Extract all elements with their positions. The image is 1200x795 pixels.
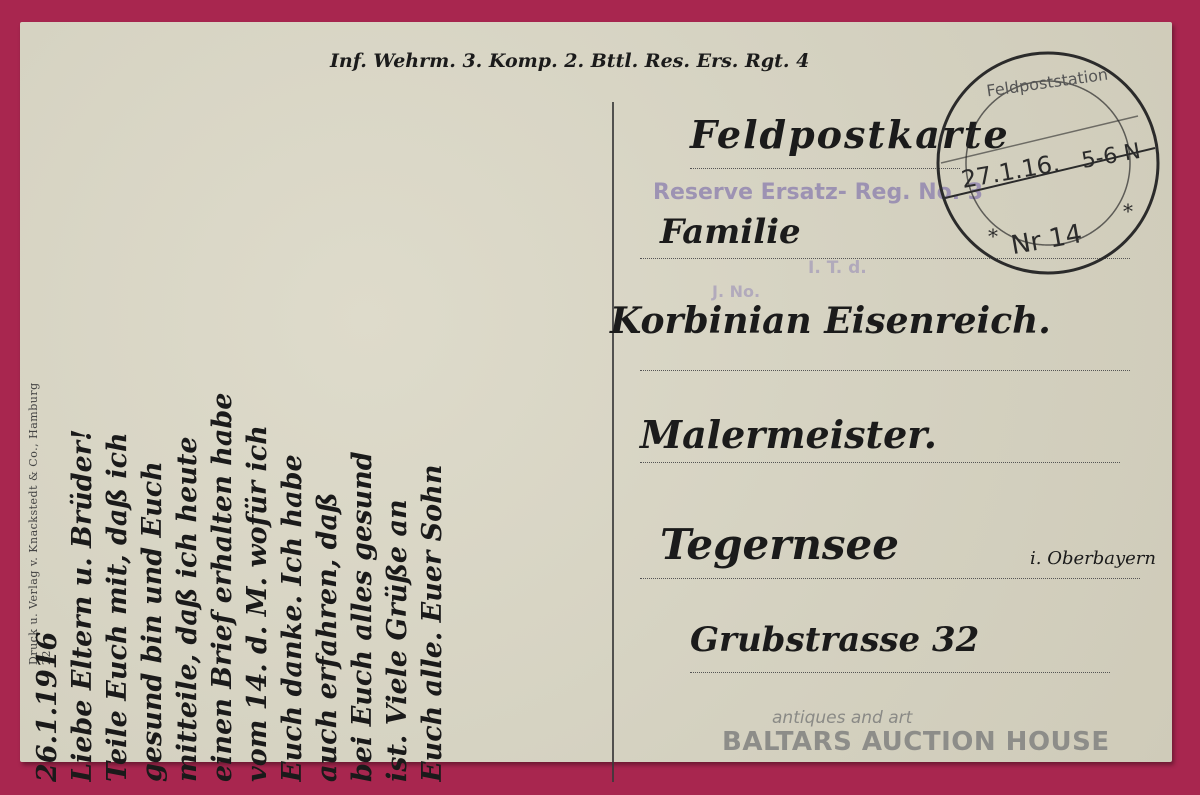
svg-text:27.1.16.: 27.1.16. <box>959 149 1062 194</box>
address-rule <box>640 578 1140 579</box>
underline <box>690 168 960 169</box>
message-line: ist. Viele Grüße an <box>380 42 415 782</box>
message-line: Teile Euch mit, daß ich <box>100 42 135 782</box>
watermark-tagline: antiques and art <box>772 708 912 728</box>
address-line-2: Korbinian Eisenreich. <box>610 300 1051 342</box>
address-rule <box>690 672 1110 673</box>
address-line-3: Malermeister. <box>640 412 937 457</box>
message-line: Liebe Eltern u. Brüder! <box>65 42 100 782</box>
message-date: 26.1.1916 <box>30 42 65 782</box>
message-line: mitteile, daß ich heute <box>170 42 205 782</box>
message-line: gesund bin und Euch <box>135 42 170 782</box>
message-line: vom 14. d. M. wofür ich <box>240 42 275 782</box>
svg-text:*: * <box>988 224 998 248</box>
handwritten-message: 26.1.1916 Liebe Eltern u. Brüder! Teile … <box>30 42 550 782</box>
message-line: einen Brief erhalten habe <box>205 42 240 782</box>
message-line: Euch alle. Euer Sohn <box>415 42 450 782</box>
address-rule <box>640 462 1120 463</box>
center-divider <box>612 102 614 782</box>
message-line: Euch danke. Ich habe <box>275 42 310 782</box>
message-line: bei Euch alles gesund <box>345 42 380 782</box>
address-line-4: Tegernsee <box>660 520 899 569</box>
address-line-4-suffix: i. Oberbayern <box>1030 548 1156 569</box>
address-rule <box>640 370 1130 371</box>
postmark-stamp: Feldpoststation 27.1.16. 5-6 N Nr 14 * * <box>933 48 1163 278</box>
address-line-5: Grubstrasse 32 <box>690 620 979 660</box>
svg-text:Feldpoststation: Feldpoststation <box>985 65 1109 101</box>
watermark-brand: BALTARS AUCTION HOUSE <box>722 727 1110 757</box>
svg-text:5-6 N: 5-6 N <box>1080 139 1143 174</box>
address-line-1: Familie <box>660 212 801 252</box>
unit-stamp-journal: J. No. <box>712 282 760 301</box>
unit-stamp-sub: I. T. d. <box>808 258 867 278</box>
svg-text:Nr 14: Nr 14 <box>1009 219 1085 261</box>
svg-text:*: * <box>1123 199 1133 223</box>
message-line: auch erfahren, daß <box>310 42 345 782</box>
